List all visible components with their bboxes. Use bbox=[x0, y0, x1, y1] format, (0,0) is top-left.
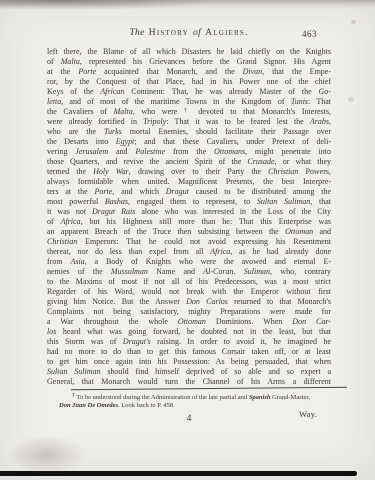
text-line: a War throughout the whole Ottoman Domin… bbox=[47, 317, 331, 327]
title-word-history: History bbox=[149, 28, 189, 38]
text-line: the Cavaliers of Malta, who were † devot… bbox=[47, 107, 331, 117]
text-line: always formidable when united. Magnifice… bbox=[47, 177, 331, 187]
body-text: left there, the Blame of all which Disas… bbox=[47, 47, 331, 387]
paper-speck bbox=[348, 97, 354, 102]
catchword: Way. bbox=[299, 409, 317, 419]
text-line: this Storm was of Dragut's raising. In o… bbox=[47, 337, 331, 347]
text-line: most powerful Bashas, engaged them to re… bbox=[47, 197, 331, 207]
text-line: Keys of the African Continent: That, he … bbox=[47, 87, 331, 97]
text-line: were already fortified in Tripoly: That … bbox=[47, 117, 331, 127]
text-line: letta, and of most of the maritime Towns… bbox=[47, 97, 331, 107]
text-line: left there, the Blame of all which Disas… bbox=[47, 47, 331, 57]
text-line: from Asia, a Body of Knights who were th… bbox=[47, 257, 331, 267]
text-line: Don Juan De Omedes. Look back to P. 458. bbox=[59, 402, 335, 410]
text-line: ters at the Porte, and which Dragut caus… bbox=[47, 187, 331, 197]
paper-speck bbox=[351, 20, 356, 24]
text-line: of Malta, represented his Grievances bef… bbox=[47, 57, 331, 67]
text-line: termed the Holy War, drawing over to the… bbox=[47, 167, 331, 177]
scan-top-edge-shadow bbox=[0, 0, 375, 9]
text-line: had no more to do than to get this famou… bbox=[47, 347, 331, 357]
text-line: Regarder of his Word, would not break wi… bbox=[47, 287, 331, 297]
text-line: Complaints not being satisfactory, might… bbox=[47, 307, 331, 317]
signature-mark: 4 bbox=[47, 414, 331, 424]
text-line: an apparent Breach of the Truce then sub… bbox=[47, 227, 331, 237]
footnote-divider bbox=[71, 387, 347, 391]
text-line: it was not Dragut Rais alone who was int… bbox=[47, 207, 331, 217]
running-head: The History of Algiers. 463 bbox=[47, 28, 331, 41]
text-line: of Africa, but his Highness still more t… bbox=[47, 217, 331, 227]
text-line: Christian Emperors: That he could not av… bbox=[47, 237, 331, 247]
title-word-algiers: Algiers. bbox=[205, 28, 248, 38]
text-line: to the Maxims of most if not all of his … bbox=[47, 277, 331, 287]
text-line: thereat, nor do less than expel from all… bbox=[47, 247, 331, 257]
running-title: The History of Algiers. bbox=[47, 28, 331, 38]
text-line: at the Porte acquainted that Monarch, an… bbox=[47, 67, 331, 77]
title-word-the: The bbox=[129, 28, 144, 38]
text-line: to get him once again into his Possessio… bbox=[47, 357, 331, 367]
text-line: Sultan Suliman should find himself depri… bbox=[47, 367, 331, 377]
text-line: those Quarters, and revive the ancient S… bbox=[47, 157, 331, 167]
footnote: † To be understood during the Administra… bbox=[59, 394, 335, 411]
text-line: † To be understood during the Administra… bbox=[59, 394, 335, 402]
text-line: General, that Monarch would turn the Cha… bbox=[47, 377, 331, 387]
text-line: who are the Turks mortal Enemies, should… bbox=[47, 127, 331, 137]
text-line: vering Jerusalem and Palestine from the … bbox=[47, 147, 331, 157]
text-line: ror, by the Conquest of that Place, had … bbox=[47, 77, 331, 87]
text-line: los heard what was going forward, he dou… bbox=[47, 327, 331, 337]
title-word-of: of bbox=[193, 28, 201, 38]
text-line: giving him Notice. But the Answer Don Ca… bbox=[47, 297, 331, 307]
page-number: 463 bbox=[302, 29, 317, 39]
text-line: nemies of the Mussulman Name and Al-Cora… bbox=[47, 267, 331, 277]
text-line: the Desarts into Egypt; and that these C… bbox=[47, 137, 331, 147]
scanned-book-page: The History of Algiers. 463 left there, … bbox=[0, 0, 375, 480]
paper-smudge bbox=[8, 436, 86, 474]
